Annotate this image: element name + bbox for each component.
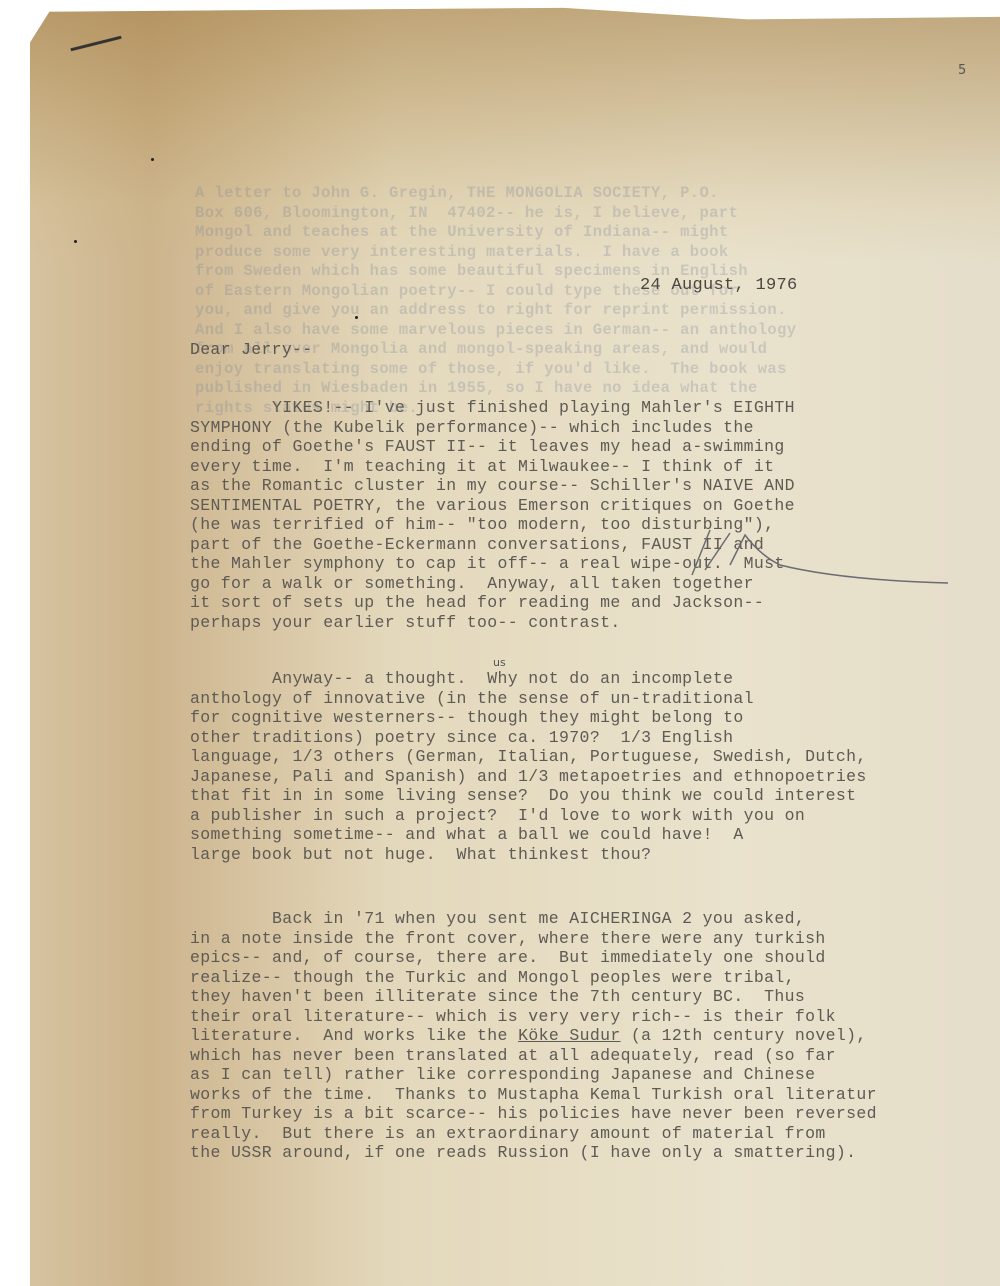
- letter-date: 24 August, 1976: [640, 276, 798, 295]
- bleed-through-text: A letter to John G. Gregin, THE MONGOLIA…: [195, 184, 955, 418]
- salutation: Dear Jerry--: [190, 340, 312, 359]
- ink-dot: [151, 158, 154, 161]
- underlined-title: Köke Sudur: [518, 1026, 621, 1045]
- pencil-page-mark: 5: [958, 63, 966, 78]
- paragraph-text: (a 12th century novel), which has never …: [190, 1026, 877, 1162]
- paragraph-anthology: Anyway-- a thought. Why not do an incomp…: [190, 669, 867, 864]
- paragraph-turkish-epics: Back in '71 when you sent me AICHERINGA …: [190, 909, 877, 1163]
- handwritten-insert: us: [493, 656, 506, 669]
- pen-scribble-mark: [690, 525, 950, 585]
- paragraph-mahler: YIKES!-- I've just finished playing Mahl…: [190, 398, 795, 632]
- paragraph-text: Back in '71 when you sent me AICHERINGA …: [190, 909, 836, 1045]
- ink-dot: [74, 240, 77, 243]
